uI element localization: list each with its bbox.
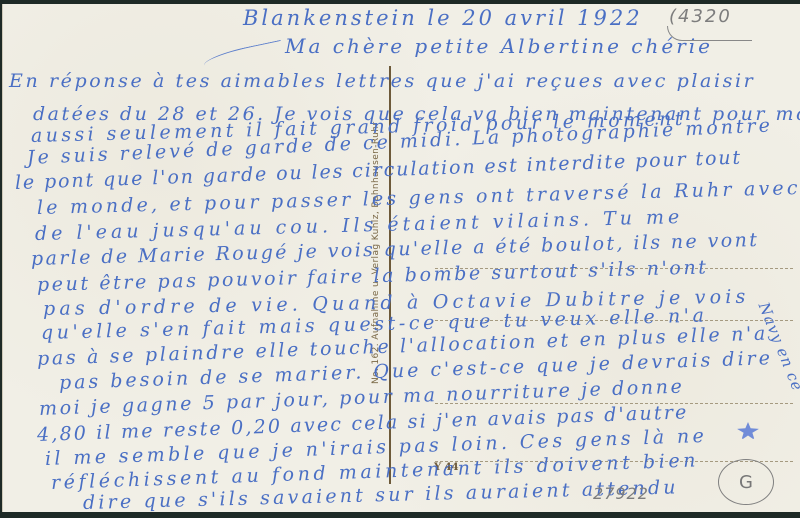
reference-oval bbox=[667, 26, 752, 41]
reference-number: (4320 bbox=[669, 6, 732, 27]
grade-letter: G bbox=[739, 472, 753, 493]
ink-blot bbox=[737, 422, 759, 440]
salutation-line: Ma chère petite Albertine chérie bbox=[285, 34, 713, 58]
salutation-flourish bbox=[202, 40, 283, 71]
grade-mark: G bbox=[718, 459, 774, 505]
message-line: En réponse à tes aimables lettres que j'… bbox=[9, 70, 755, 92]
postcard-back: Blankenstein le 20 avril 1922 Ma chère p… bbox=[2, 4, 800, 512]
place-date-line: Blankenstein le 20 avril 1922 bbox=[243, 6, 643, 30]
catalog-number: 27922 bbox=[593, 484, 649, 503]
